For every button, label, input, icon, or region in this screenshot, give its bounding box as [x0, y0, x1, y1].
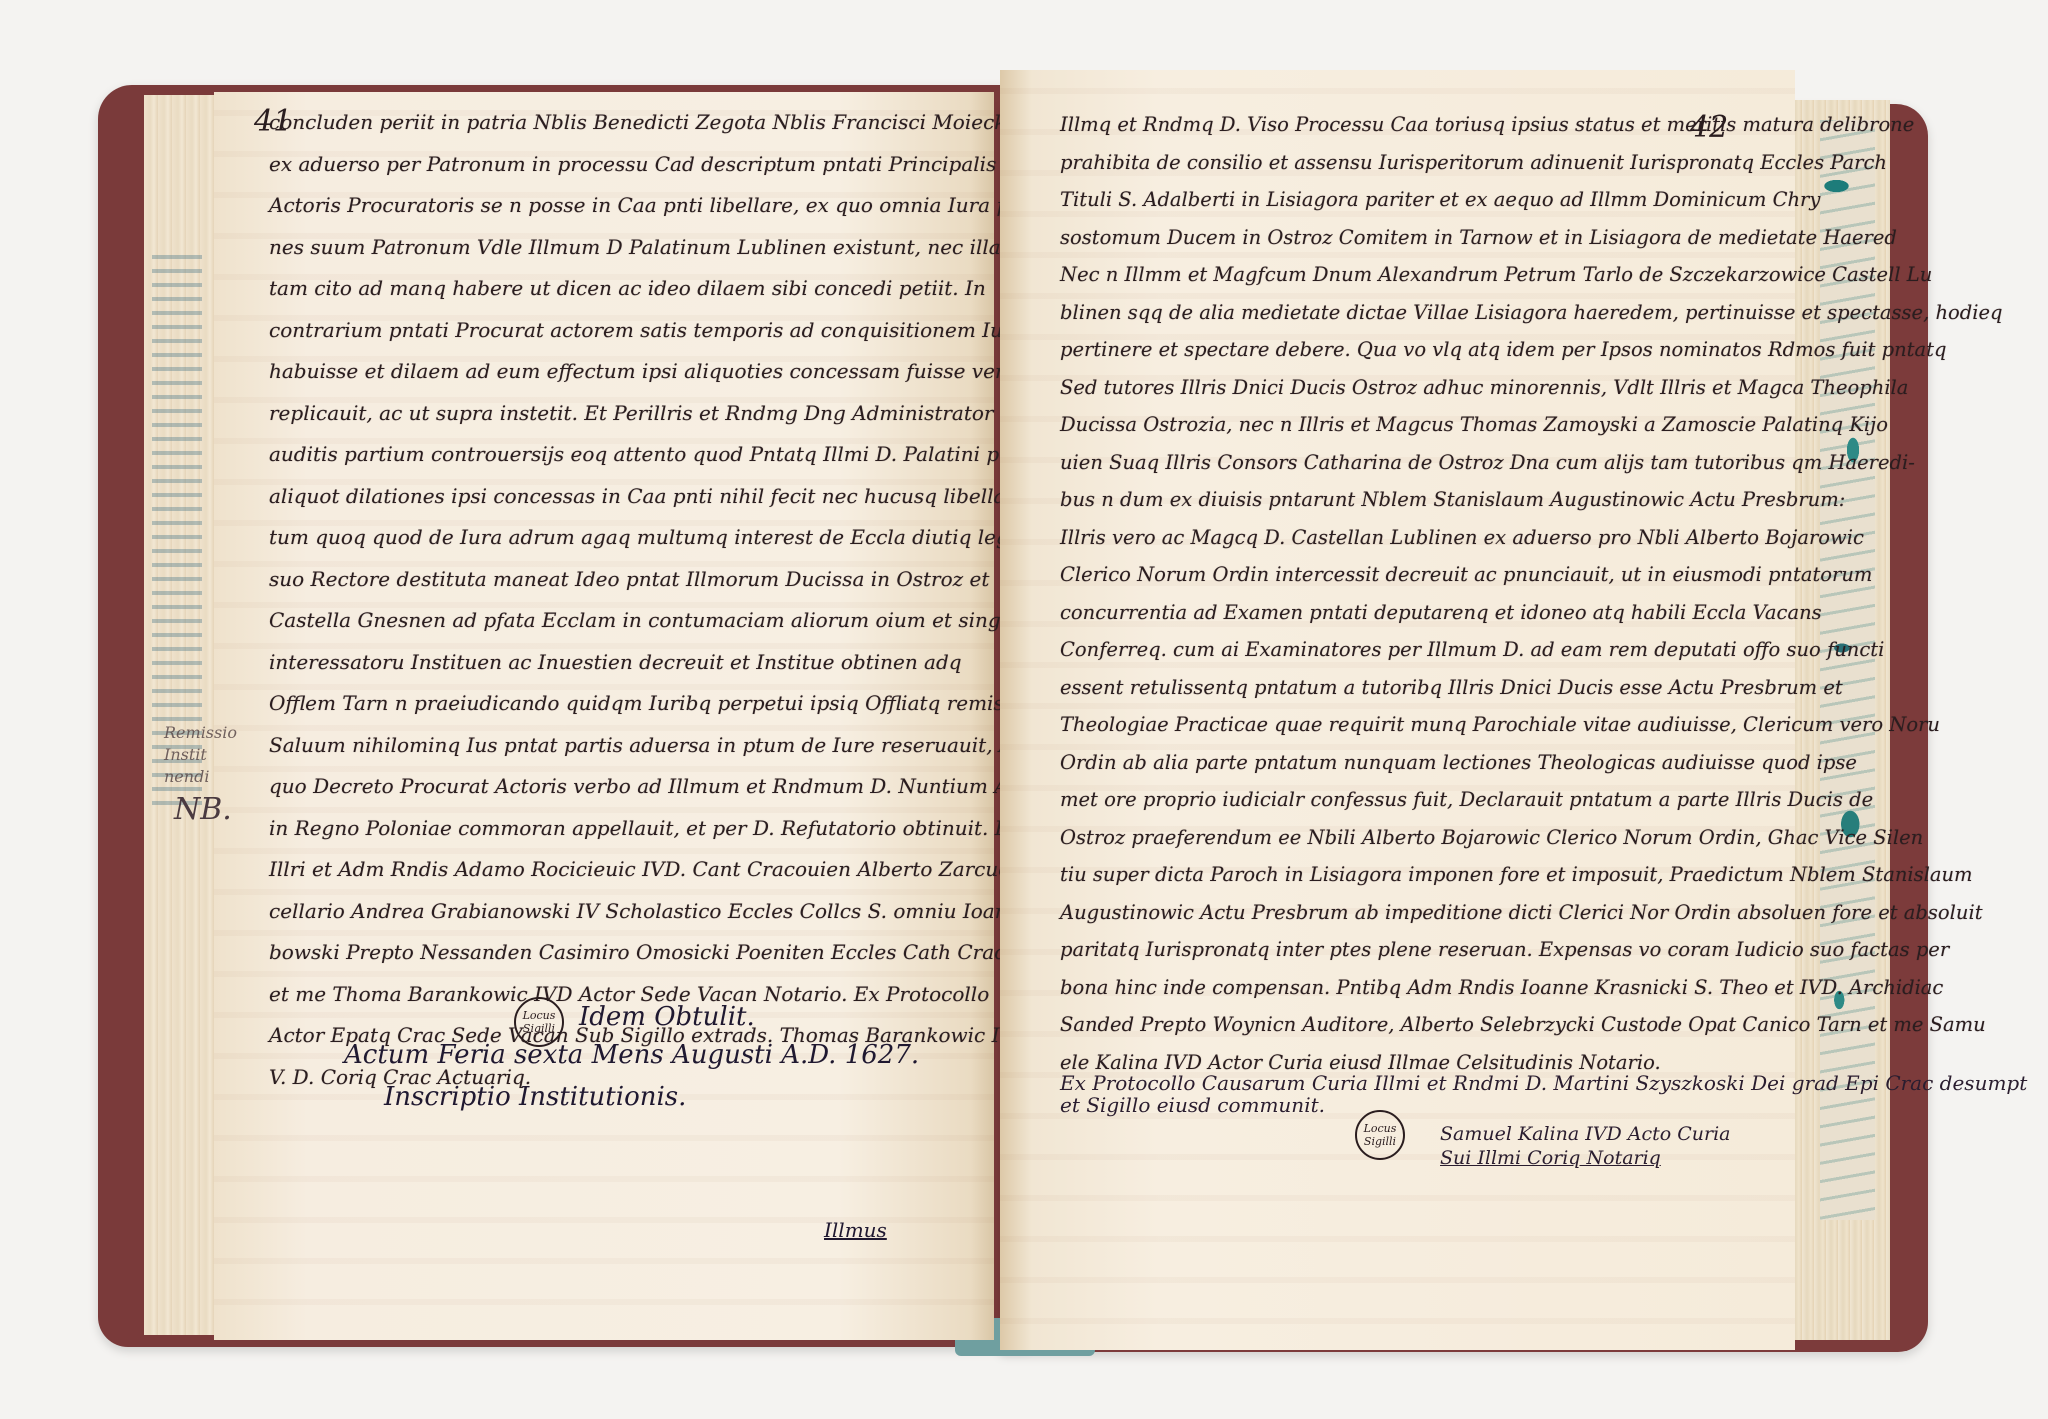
- text-line: interessatoru Instituen ac Inuestien dec…: [269, 642, 1110, 684]
- text-line: auditis partium controuersijs eoq attent…: [269, 434, 1110, 476]
- right-page-text: Illmq et Rndmq D. Viso Processu Caa tori…: [1060, 106, 2003, 1081]
- text-line: Ostroz praeferendum ee Nbili Alberto Boj…: [1060, 819, 2003, 857]
- text-line: ex aduerso per Patronum in processu Cad …: [269, 144, 1110, 186]
- text-line: Ducissa Ostrozia, nec n Illris et Magcus…: [1060, 406, 2003, 444]
- text-line: concurrentia ad Examen pntati deputarenq…: [1060, 594, 2003, 632]
- text-line: Conferreq. cum ai Examinatores per Illmu…: [1060, 631, 2003, 669]
- text-line: tum quoq quod de Iura adrum agaq multumq…: [269, 517, 1110, 559]
- right-page: 42 Illmq et Rndmq D. Viso Processu Caa t…: [1000, 70, 1795, 1350]
- text-line: Ordin ab alia parte pntatum nunquam lect…: [1060, 744, 2003, 782]
- text-line: suo Rectore destituta maneat Ideo pntat …: [269, 559, 1110, 601]
- text-line: concluden periit in patria Nblis Benedic…: [269, 102, 1110, 144]
- ex-protocollo-attestation: Ex Protocollo Causarum Curia Illmi et Rn…: [1060, 1072, 2027, 1116]
- locus-sigilli-seal: Locus Sigilli: [1355, 1110, 1405, 1160]
- page-edges-left: [144, 95, 214, 1335]
- signature-line: Samuel Kalina IVD Acto Curia: [1440, 1122, 1730, 1146]
- text-line: bus n dum ex diuisis pntarunt Nblem Stan…: [1060, 481, 2003, 519]
- text-line: Actoris Procuratoris se n posse in Caa p…: [269, 185, 1110, 227]
- text-line: sostomum Ducem in Ostroz Comitem in Tarn…: [1060, 219, 2003, 257]
- text-line: Augustinowic Actu Presbrum ab impedition…: [1060, 894, 2003, 932]
- marginal-note: Remissio Instit nendi: [164, 722, 237, 788]
- text-line: habuisse et dilaem ad eum effectum ipsi …: [269, 351, 1110, 393]
- actum-date-line: Actum Feria sexta Mens Augusti A.D. 1627…: [344, 1040, 919, 1070]
- text-line: paritatq Iurispronatq inter ptes plene r…: [1060, 931, 2003, 969]
- text-line: replicauit, ac ut supra instetit. Et Per…: [269, 393, 1110, 435]
- text-line: contrarium pntati Procurat actorem satis…: [269, 310, 1110, 352]
- text-line: prahibita de consilio et assensu Iurispe…: [1060, 144, 2003, 182]
- attestation-line: Ex Protocollo Causarum Curia Illmi et Rn…: [1060, 1072, 2027, 1094]
- left-page-text: concluden periit in patria Nblis Benedic…: [269, 102, 1110, 1098]
- text-line: pertinere et spectare debere. Qua vo vlq…: [1060, 331, 2003, 369]
- attestation-line: et Sigillo eiusd communit.: [1060, 1094, 2027, 1116]
- open-manuscript-photo: 41 concluden periit in patria Nblis Bene…: [0, 0, 2048, 1419]
- signature-line: Sui Illmi Coriq Notariq: [1440, 1146, 1730, 1170]
- text-line: Sanded Prepto Woynicn Auditore, Alberto …: [1060, 1006, 2003, 1044]
- notary-signature: Samuel Kalina IVD Acto Curia Sui Illmi C…: [1440, 1122, 1730, 1170]
- nota-bene-mark: NB.: [174, 792, 232, 827]
- text-line: Castella Gnesnen ad pfata Ecclam in cont…: [269, 600, 1110, 642]
- inscriptio-heading: Inscriptio Institutionis.: [384, 1082, 686, 1112]
- text-line: Tituli S. Adalberti in Lisiagora pariter…: [1060, 181, 2003, 219]
- text-line: Theologiae Practicae quae requirit munq …: [1060, 706, 2003, 744]
- text-line: nes suum Patronum Vdle Illmum D Palatinu…: [269, 227, 1110, 269]
- text-line: bowski Prepto Nessanden Casimiro Omosick…: [269, 932, 1110, 974]
- text-line: Sed tutores Illris Dnici Ducis Ostroz ad…: [1060, 369, 2003, 407]
- text-line: Saluum nihilominq Ius pntat partis aduer…: [269, 725, 1110, 767]
- text-line: Illris vero ac Magcq D. Castellan Lublin…: [1060, 519, 2003, 557]
- text-line: in Regno Poloniae commoran appellauit, e…: [269, 808, 1110, 850]
- text-line: blinen sqq de alia medietate dictae Vill…: [1060, 294, 2003, 332]
- text-line: aliquot dilationes ipsi concessas in Caa…: [269, 476, 1110, 518]
- idem-obtulit: Idem Obtulit.: [579, 1002, 755, 1032]
- text-line: Illmq et Rndmq D. Viso Processu Caa tori…: [1060, 106, 2003, 144]
- catchword: Illmus: [824, 1218, 887, 1242]
- text-line: tiu super dicta Paroch in Lisiagora impo…: [1060, 856, 2003, 894]
- text-line: tam cito ad manq habere ut dicen ac ideo…: [269, 268, 1110, 310]
- text-line: quo Decreto Procurat Actoris verbo ad Il…: [269, 766, 1110, 808]
- text-line: Offlem Tarn n praeiudicando quidqm Iurib…: [269, 683, 1110, 725]
- text-line: Clerico Norum Ordin intercessit decreuit…: [1060, 556, 2003, 594]
- text-line: met ore proprio iudicialr confessus fuit…: [1060, 781, 2003, 819]
- text-line: uien Suaq Illris Consors Catharina de Os…: [1060, 444, 2003, 482]
- text-line: Nec n Illmm et Magfcum Dnum Alexandrum P…: [1060, 256, 2003, 294]
- left-page: 41 concluden periit in patria Nblis Bene…: [214, 92, 994, 1340]
- text-line: essent retulissentq pntatum a tutoribq I…: [1060, 669, 2003, 707]
- text-line: Illri et Adm Rndis Adamo Rocicieuic IVD.…: [269, 849, 1110, 891]
- text-line: bona hinc inde compensan. Pntibq Adm Rnd…: [1060, 969, 2003, 1007]
- text-line: cellario Andrea Grabianowski IV Scholast…: [269, 891, 1110, 933]
